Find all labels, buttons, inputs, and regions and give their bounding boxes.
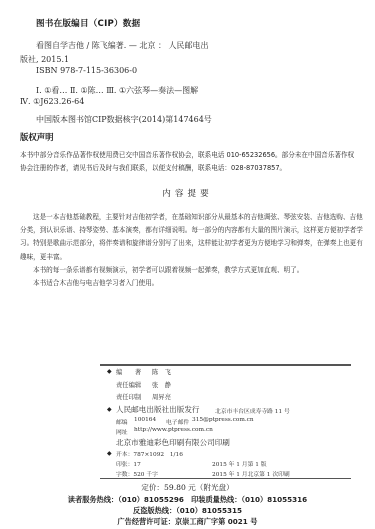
- bullet-icon: ◆: [107, 450, 112, 457]
- word-count: 字数：520 千字: [116, 469, 158, 478]
- cip-isbn: ISBN 978-7-115-36306-0: [36, 66, 137, 75]
- imprint-top-rule: [100, 364, 351, 366]
- cip-call-number: Ⅳ. ①J623.26-64: [20, 97, 84, 106]
- advertising-license: 广告经营许可证：京崇工商广字第 0021 号: [0, 517, 375, 527]
- imprint-bottom-rule: [100, 478, 351, 479]
- email-value: 315@ptpress.com.cn: [192, 417, 254, 423]
- printer-name: 北京市雅迪彩色印刷有限公司印刷: [116, 437, 230, 448]
- publisher-name: 人民邮电出版社出版发行: [116, 404, 200, 415]
- reader-service-hotlines: 读者服务热线：（010）81055296 印装质量热线：（010）8105531…: [0, 495, 375, 505]
- copyright-notice: 本书中部分音乐作品著作权使用费已交中国音乐著作权协会，联系电话 010-6523…: [20, 149, 360, 175]
- printing-info: 2015 年 1 月北京第 1 次印刷: [212, 469, 290, 478]
- author-label: 编 著: [116, 367, 141, 376]
- editor-label: 责任编辑: [116, 380, 141, 389]
- postcode-value: 100164: [134, 417, 156, 423]
- email-label: 电子邮件: [166, 417, 189, 426]
- cip-verification-number: 中国版本图书馆CIP数据核字(2014)第147464号: [36, 114, 212, 125]
- summary-heading: 内容提要: [0, 187, 375, 199]
- summary-paragraph: 这是一本吉他基础教程，主要针对吉他初学者，在基础知识部分从最基本的吉他调弦、琴弦…: [20, 211, 363, 264]
- website-link[interactable]: http://www.ptpress.com.cn: [134, 427, 213, 433]
- cip-publisher-line: 版社, 2015.1: [20, 54, 69, 65]
- summary-paragraph: 本书的每一条乐谱都有视频演示，初学者可以跟着视频一起弹奏，教学方式更加直观、明了…: [20, 264, 363, 277]
- author-name: 陈 飞: [152, 367, 171, 376]
- printing-supervisor-name: 周昇亮: [152, 392, 171, 401]
- editor-name: 张 静: [152, 380, 171, 389]
- copyright-heading: 版权声明: [20, 131, 54, 143]
- cip-heading: 图书在版编目（CIP）数据: [36, 17, 140, 29]
- printed-sheets: 印张：17: [116, 459, 141, 468]
- anti-piracy-hotline: 反盗版热线：（010）81055315: [0, 506, 375, 516]
- price-label: 定价：59.80 元（附光盘）: [0, 482, 375, 493]
- bullet-icon: ◆: [107, 368, 112, 375]
- summary-body: 这是一本吉他基础教程，主要针对吉他初学者，在基础知识部分从最基本的吉他调弦、琴弦…: [20, 211, 363, 290]
- publisher-address: 北京市丰台区成寿寺路 11 号: [215, 406, 290, 415]
- website-label: 网址: [116, 427, 128, 436]
- cip-classification: Ⅰ. ①看… Ⅱ. ①陈… Ⅲ. ①六弦琴—奏法—图解: [36, 85, 198, 96]
- edition-info: 2015 年 1 月第 1 版: [212, 459, 267, 468]
- summary-paragraph: 本书适合木吉他与电吉他学习者入门使用。: [20, 277, 363, 290]
- printing-supervisor-label: 责任印制: [116, 392, 141, 401]
- cip-title-line: 看图自学吉他 / 陈飞编著. — 北京 ： 人民邮电出: [36, 40, 209, 51]
- bullet-icon: ◆: [107, 406, 112, 413]
- postcode-label: 邮编: [116, 417, 128, 426]
- format-spec: 开本：787×1092 1/16: [116, 449, 183, 458]
